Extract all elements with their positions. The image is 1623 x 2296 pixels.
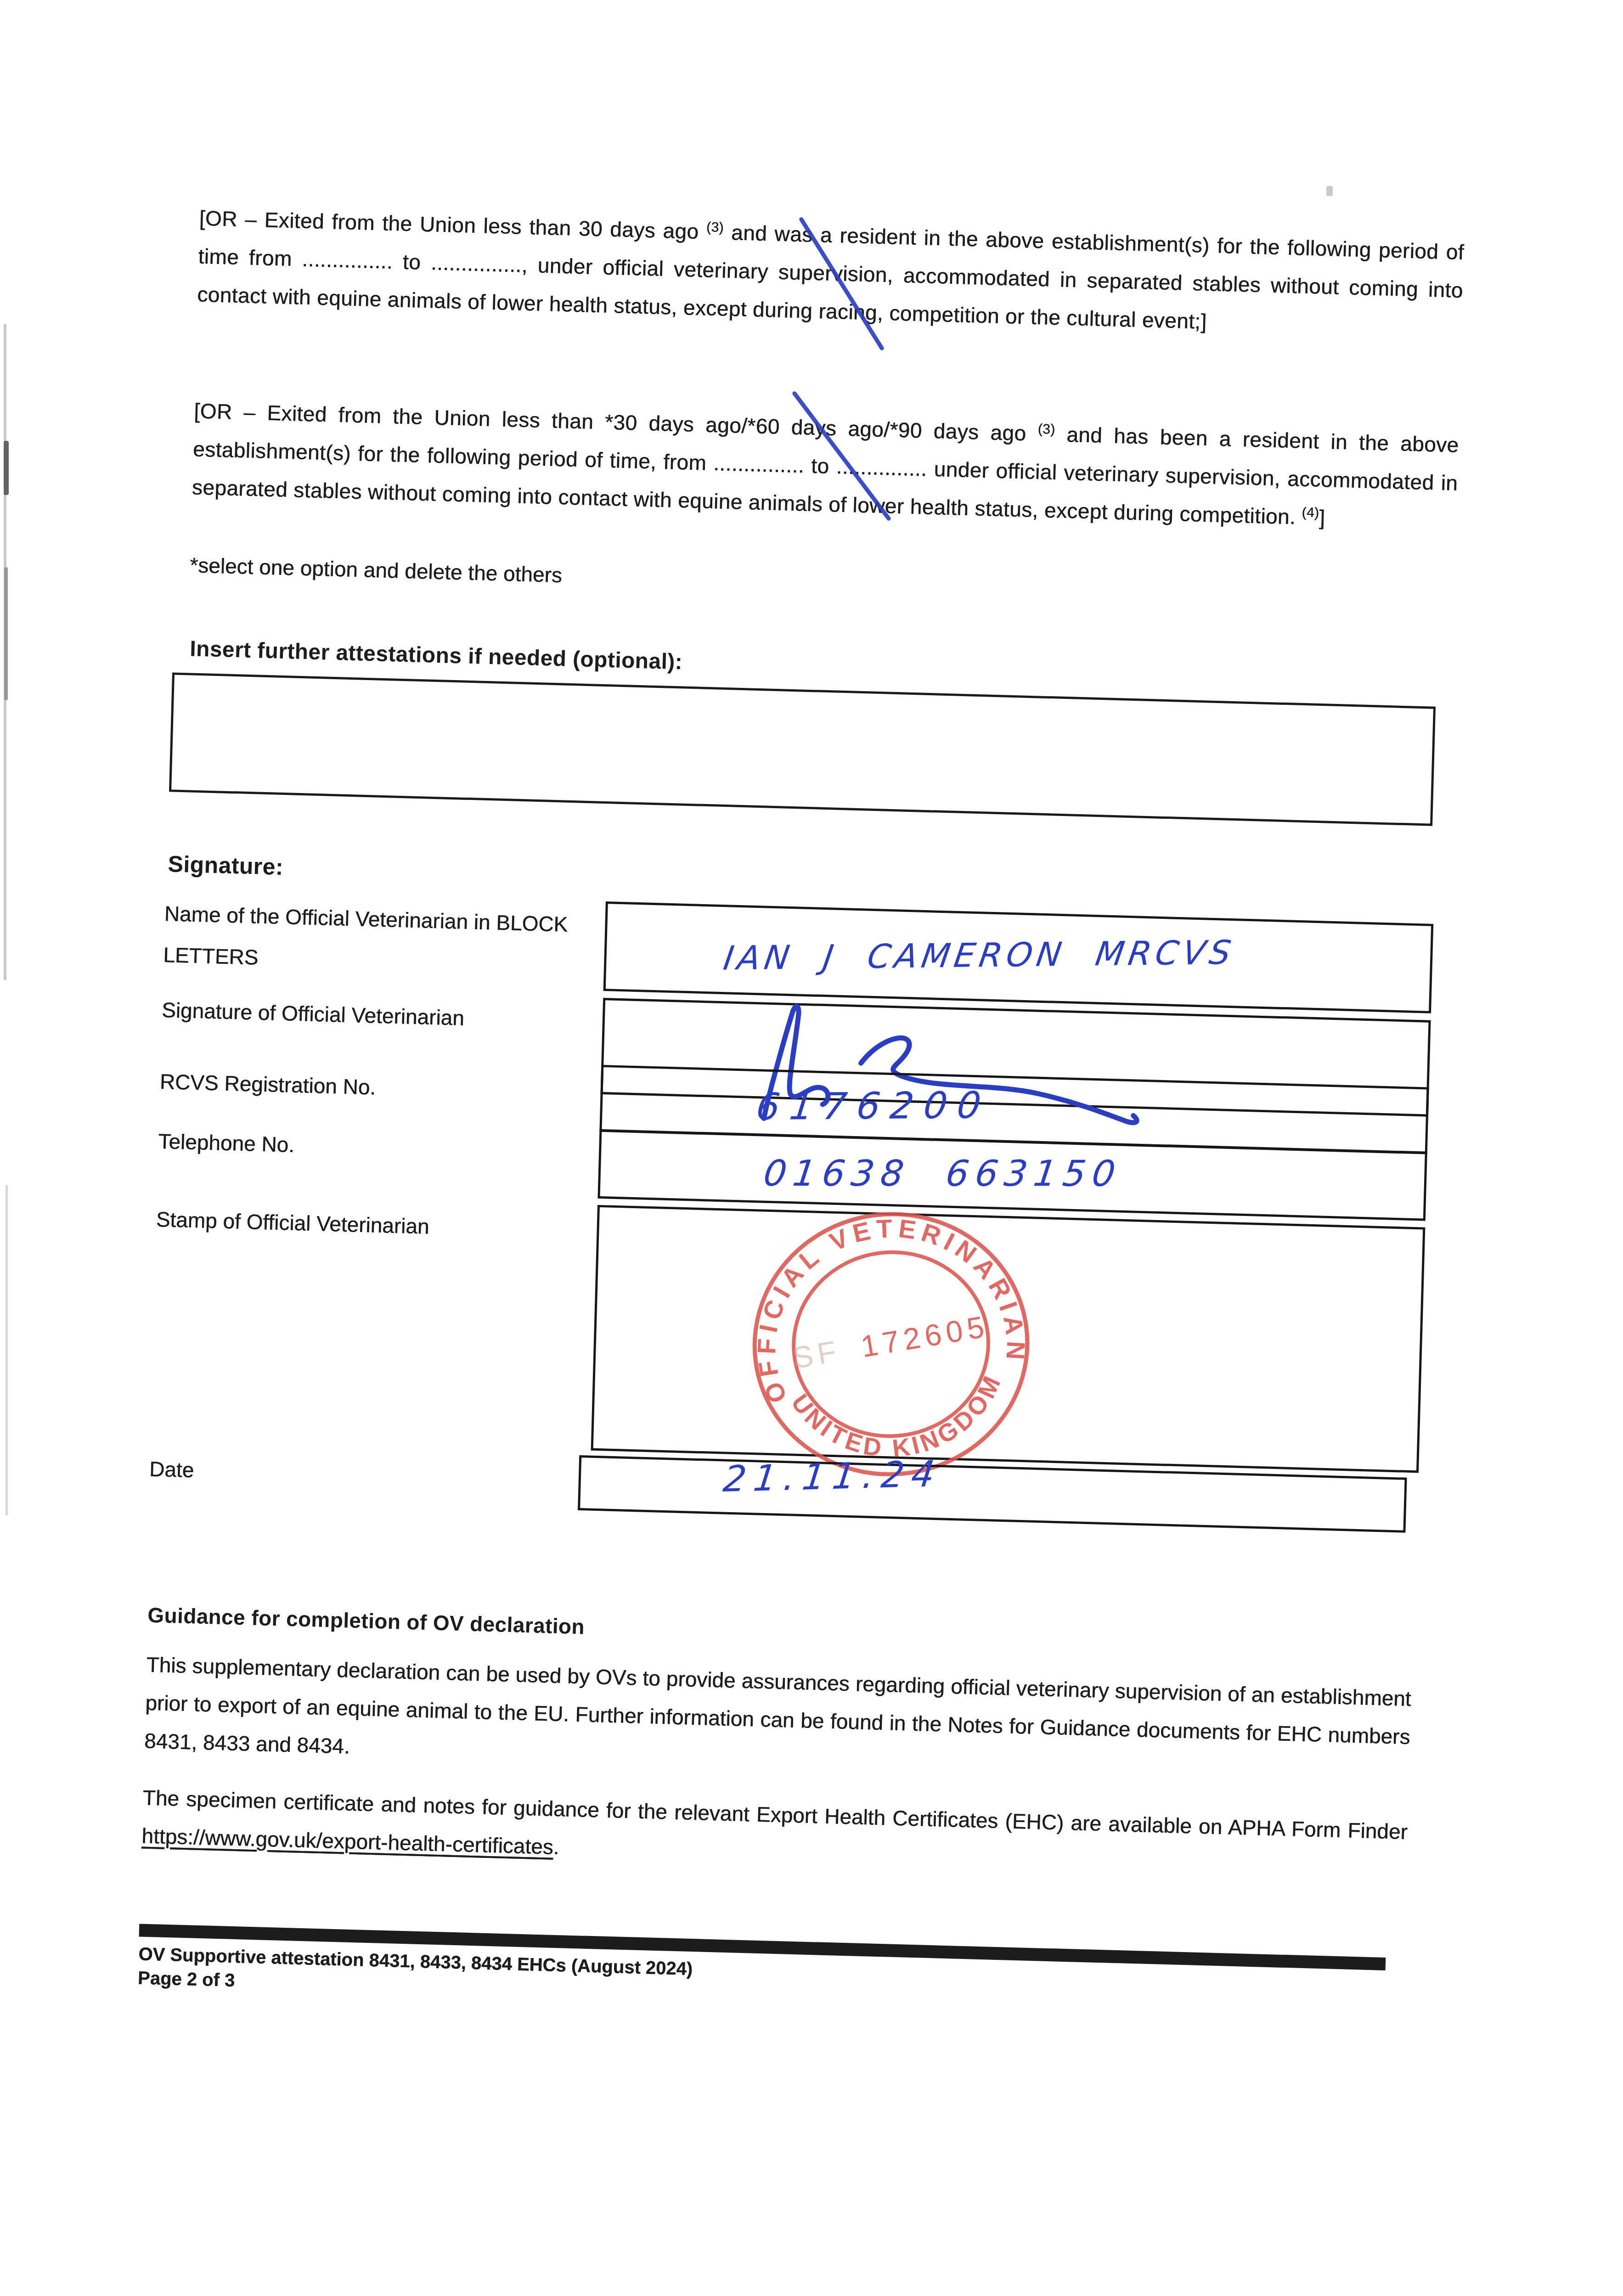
footnote-ref-3: (3) (1037, 422, 1055, 437)
guidance-paragraph-2-text: . (553, 1835, 559, 1859)
date-label: Date (149, 1448, 581, 1501)
option-paragraph-1: [OR – Exited from the Union less than 30… (197, 199, 1465, 348)
further-attestations-box (169, 672, 1436, 826)
guidance-paragraph-1: This supplementary declaration can be us… (144, 1646, 1412, 1794)
scan-speck (1326, 186, 1333, 196)
option-1-text: and was a resident in the above establis… (197, 220, 1465, 334)
name-box: IAN J CAMERON MRCVS (603, 901, 1434, 1013)
further-attestations-heading: Insert further attestations if needed (o… (190, 636, 683, 675)
guidance-heading: Guidance for completion of OV declaratio… (147, 1603, 585, 1639)
scan-edge-artifact (6, 1185, 8, 1515)
phone-handwriting: 01638 663150 (761, 1153, 1124, 1195)
scan-edge-artifact (4, 567, 8, 700)
option-2-text: [OR – Exited from the Union less than *3… (194, 399, 1038, 445)
date-handwriting: 21.11.24 (721, 1453, 944, 1500)
name-handwriting: IAN J CAMERON MRCVS (721, 933, 1238, 978)
footer-page-number: Page 2 of 3 (137, 1966, 235, 1992)
document-content: [OR – Exited from the Union less than 30… (83, 197, 1474, 2253)
option-paragraph-2: [OR – Exited from the Union less than *3… (192, 392, 1460, 540)
apha-form-finder-link: https://www.gov.uk/export-health-certifi… (141, 1824, 554, 1859)
footnote-ref-3: (3) (706, 219, 724, 235)
signature-heading: Signature: (168, 850, 284, 880)
option-2-text: ] (1319, 506, 1325, 529)
svg-text:SF 172605: SF 172605 (790, 1309, 991, 1375)
footnote-ref-4: (4) (1302, 505, 1319, 520)
name-label: Name of the Official Veterinarian in BLO… (163, 893, 597, 987)
rcvs-handwriting: 6176200 (754, 1084, 993, 1128)
option-1-text: [OR – Exited from the Union less than 30… (199, 206, 706, 244)
stamp-label: Stamp of Official Veterinarian (156, 1199, 588, 1251)
scanned-document-page: [OR – Exited from the Union less than 30… (0, 0, 1623, 2296)
stamp-center-number: 172605 (858, 1309, 991, 1363)
guidance-paragraph-2: The specimen certificate and notes for g… (141, 1779, 1408, 1889)
rcvs-label: RCVS Registration No. (159, 1061, 592, 1114)
stamp-center-prefix: SF (790, 1334, 843, 1375)
phone-label: Telephone No. (158, 1120, 590, 1173)
select-option-note: *select one option and delete the others (190, 552, 563, 587)
scan-edge-artifact (4, 441, 9, 495)
signature-label: Signature of Official Veterinarian (161, 989, 594, 1042)
official-veterinarian-stamp: OFFICIAL VETERINARIAN UNITED KINGDOM SF … (733, 1191, 1048, 1497)
